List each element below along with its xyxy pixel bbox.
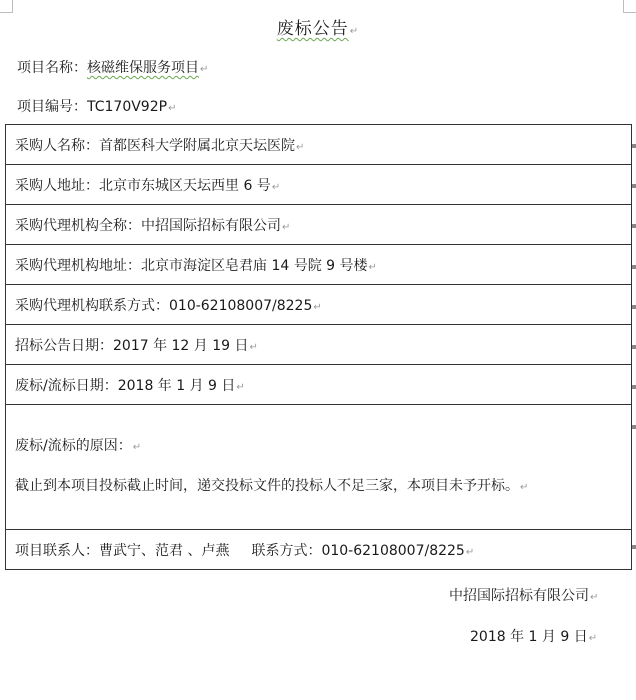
cancel-date-cell: 废标/流标日期：2018 年 1 月 9 日↵ bbox=[6, 365, 632, 405]
table-row: 采购代理机构全称：中招国际招标有限公司↵ bbox=[6, 205, 632, 245]
paragraph-mark-icon: ↵ bbox=[369, 262, 377, 273]
paragraph-mark-icon: ↵ bbox=[520, 482, 528, 493]
row-end-marker-icon bbox=[632, 385, 636, 389]
paragraph-mark-icon: ↵ bbox=[168, 103, 176, 114]
paragraph-mark-icon: ↵ bbox=[282, 222, 290, 233]
row-end-marker-icon bbox=[632, 345, 636, 349]
row-end-marker-icon bbox=[632, 425, 636, 429]
reason-label: 废标/流标的原因：↵ bbox=[15, 436, 631, 458]
contact-method: 联系方式：010-62108007/8225 bbox=[251, 543, 464, 559]
page-corner-marker bbox=[623, 0, 636, 13]
table-row: 废标/流标的原因：↵ 截止到本项目投标截止时间，递交投标文件的投标人不足三家，本… bbox=[6, 405, 632, 530]
agency-name-cell: 采购代理机构全称：中招国际招标有限公司↵ bbox=[6, 205, 632, 245]
tender-notice-date-cell: 招标公告日期：2017 年 12 月 19 日↵ bbox=[6, 325, 632, 365]
paragraph-mark-icon: ↵ bbox=[200, 64, 208, 75]
project-number: 项目编号：TC170V92P↵ bbox=[17, 96, 176, 116]
paragraph-mark-icon: ↵ bbox=[589, 633, 597, 644]
row-end-marker-icon bbox=[632, 224, 636, 228]
paragraph-mark-icon: ↵ bbox=[236, 382, 244, 393]
page-corner-marker bbox=[0, 0, 13, 13]
table-row: 项目联系人：曹武宁、范君 、卢燕联系方式：010-62108007/8225↵ bbox=[6, 530, 632, 570]
project-name-value: 核磁维保服务项目 bbox=[87, 60, 199, 76]
agency-contact-cell: 采购代理机构联系方式：010-62108007/8225↵ bbox=[6, 285, 632, 325]
project-contact-cell: 项目联系人：曹武宁、范君 、卢燕联系方式：010-62108007/8225↵ bbox=[6, 530, 632, 570]
signature-date: 2018 年 1 月 9 日↵ bbox=[470, 626, 597, 646]
table-row: 采购代理机构联系方式：010-62108007/8225↵ bbox=[6, 285, 632, 325]
row-end-marker-icon bbox=[632, 184, 636, 188]
reason-text: 截止到本项目投标截止时间，递交投标文件的投标人不足三家，本项目未予开标。↵ bbox=[15, 476, 631, 498]
agency-address-cell: 采购代理机构地址：北京市海淀区皂君庙 14 号院 9 号楼↵ bbox=[6, 245, 632, 285]
row-end-marker-icon bbox=[632, 545, 636, 549]
project-name-label: 项目名称： bbox=[17, 60, 87, 76]
purchaser-address-cell: 采购人地址：北京市东城区天坛西里 6 号↵ bbox=[6, 165, 632, 205]
notice-info-table: 采购人名称：首都医科大学附属北京天坛医院↵ 采购人地址：北京市东城区天坛西里 6… bbox=[5, 124, 632, 570]
table-row: 招标公告日期：2017 年 12 月 19 日↵ bbox=[6, 325, 632, 365]
paragraph-mark-icon: ↵ bbox=[272, 182, 280, 193]
table-row: 废标/流标日期：2018 年 1 月 9 日↵ bbox=[6, 365, 632, 405]
paragraph-mark-icon: ↵ bbox=[466, 547, 474, 558]
project-number-value: TC170V92P bbox=[87, 99, 167, 115]
project-number-label: 项目编号： bbox=[17, 99, 87, 115]
row-end-marker-icon bbox=[632, 265, 636, 269]
row-end-marker-icon bbox=[632, 144, 636, 148]
cancel-reason-cell: 废标/流标的原因：↵ 截止到本项目投标截止时间，递交投标文件的投标人不足三家，本… bbox=[6, 405, 632, 530]
paragraph-mark-icon: ↵ bbox=[250, 342, 258, 353]
table-row: 采购人名称：首都医科大学附属北京天坛医院↵ bbox=[6, 125, 632, 165]
signature-organization: 中招国际招标有限公司↵ bbox=[449, 585, 598, 605]
paragraph-mark-icon: ↵ bbox=[350, 26, 359, 37]
paragraph-mark-icon: ↵ bbox=[133, 442, 141, 453]
row-end-marker-icon bbox=[632, 305, 636, 309]
paragraph-mark-icon: ↵ bbox=[313, 302, 321, 313]
project-name: 项目名称：核磁维保服务项目↵ bbox=[17, 57, 208, 77]
document-title: 废标公告↵ bbox=[0, 14, 636, 39]
paragraph-mark-icon: ↵ bbox=[590, 592, 598, 603]
purchaser-name-cell: 采购人名称：首都医科大学附属北京天坛医院↵ bbox=[6, 125, 632, 165]
paragraph-mark-icon: ↵ bbox=[296, 142, 304, 153]
table-row: 采购人地址：北京市东城区天坛西里 6 号↵ bbox=[6, 165, 632, 205]
table-row: 采购代理机构地址：北京市海淀区皂君庙 14 号院 9 号楼↵ bbox=[6, 245, 632, 285]
project-contacts: 项目联系人：曹武宁、范君 、卢燕 bbox=[15, 543, 229, 559]
